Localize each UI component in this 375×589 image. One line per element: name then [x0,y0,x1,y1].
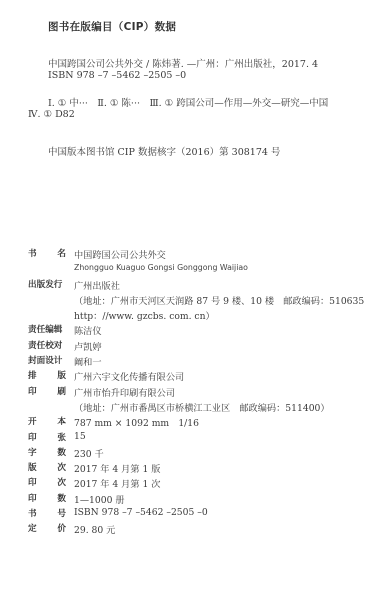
detail-value: 卢凯婷 [74,339,102,353]
detail-label: 定价 [28,522,66,534]
detail-label: 出版发行 [28,278,66,290]
detail-value: 2017 年 4 月第 1 版 [74,461,160,475]
detail-label: 印张 [28,431,66,443]
detail-label: 书名 [28,247,66,259]
detail-label: 印刷 [28,385,66,397]
detail-value: 15 [74,431,86,442]
cip-subject-line: Ⅰ. ① 中··· Ⅱ. ① 陈··· Ⅲ. ① 跨国公司—作用—外交—研究—中… [48,95,328,109]
detail-value: 中国跨国公司公共外交 [74,247,166,261]
detail-value: 阚和一 [74,354,102,368]
detail-label: 印数 [28,492,66,504]
detail-value: ISBN 978 –7 –5462 –2505 –0 [74,507,208,518]
detail-label: 开本 [28,415,66,427]
detail-value: （地址：广州市天河区天润路 87 号 9 楼、10 楼 邮政编码：510635 [74,293,364,307]
detail-label: 字数 [28,446,66,458]
detail-label: 版次 [28,461,66,473]
copyright-page: 图书在版编目（CIP）数据 中国跨国公司公共外交 / 陈炜著. —广州：广州出版… [0,0,375,589]
detail-value: 1—1000 册 [74,492,125,506]
detail-value: 29. 80 元 [74,522,115,536]
cip-isbn-line: ISBN 978 –7 –5462 –2505 –0 [48,70,186,81]
detail-label: 封面设计 [28,354,66,366]
cip-bibliographic-line: 中国跨国公司公共外交 / 陈炜著. —广州：广州出版社，2017. 4 [48,56,318,70]
detail-value-pinyin: Zhongguo Kuaguo Gongsi Gonggong Waijiao [74,263,248,272]
cip-record-number: 中国版本图书馆 CIP 数据核字（2016）第 308174 号 [48,144,280,158]
detail-label: 责任编辑 [28,323,66,335]
detail-value: 787 mm × 1092 mm 1/16 [74,415,199,429]
detail-value: （地址：广州市番禺区市桥横江工业区 邮政编码：511400） [74,400,330,414]
detail-value: 陈洁仪 [74,323,102,337]
detail-value: 2017 年 4 月第 1 次 [74,476,160,490]
detail-value: 广州六宇文化传播有限公司 [74,369,184,383]
detail-value: 230 千 [74,446,104,460]
detail-value: 广州出版社 [74,278,120,292]
detail-value: http：//www. gzcbs. com. cn） [74,308,215,322]
detail-label: 印次 [28,476,66,488]
detail-label: 排版 [28,369,66,381]
cip-heading: 图书在版编目（CIP）数据 [48,19,176,34]
detail-label: 责任校对 [28,339,66,351]
detail-label: 书号 [28,507,66,519]
cip-classification-line: Ⅳ. ① D82 [28,109,75,120]
detail-value: 广州市怡升印刷有限公司 [74,385,175,399]
